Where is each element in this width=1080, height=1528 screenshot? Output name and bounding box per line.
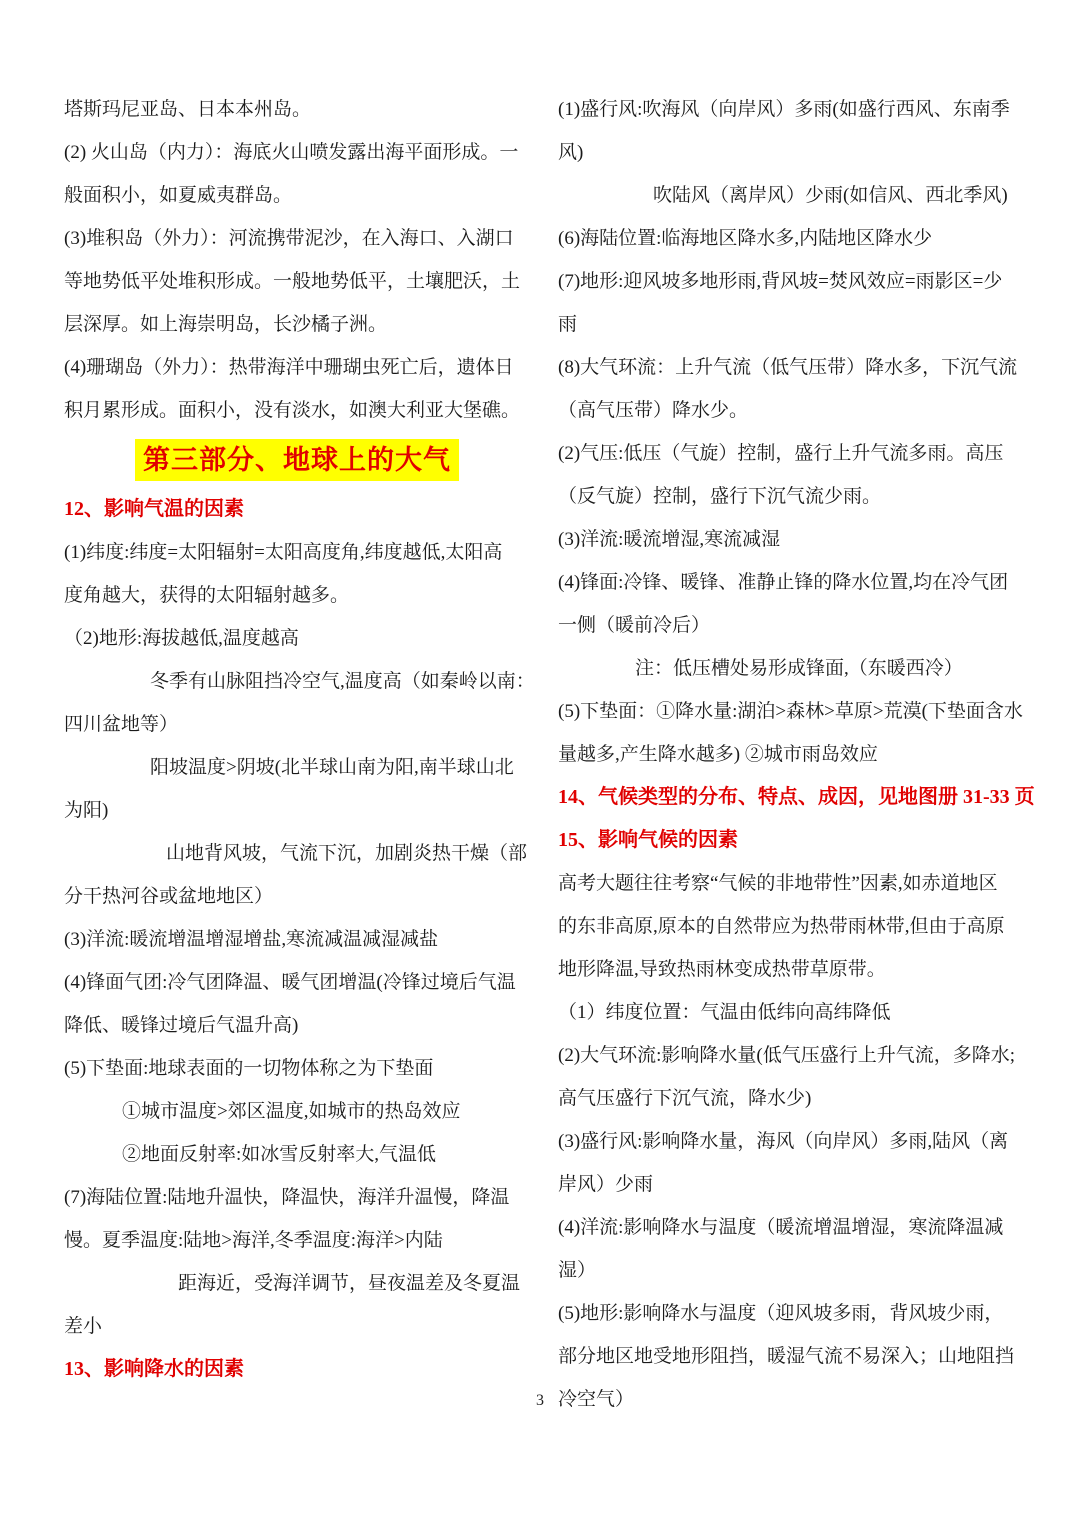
text-line: 般面积小，如夏威夷群岛。 (64, 174, 530, 217)
text-line: 的东非高原,原本的自然带应为热带雨林带,但由于高原 (558, 905, 1034, 948)
text-line: 度角越大，获得的太阳辐射越多。 (64, 574, 530, 617)
document-page: 塔斯玛尼亚岛、日本本州岛。(2) 火山岛（内力）：海底火山喷发露出海平面形成。一… (0, 0, 1080, 1528)
text-line: （1）纬度位置：气温由低纬向高纬降低 (558, 991, 1034, 1034)
text-line: 积月累形成。面积小，没有淡水，如澳大利亚大堡礁。 (64, 389, 530, 432)
text-line: 湿） (558, 1249, 1034, 1292)
text-line: 降低、暖锋过境后气温升高) (64, 1004, 530, 1047)
text-line: 风) (558, 131, 1034, 174)
text-line: (5)下垫面:地球表面的一切物体称之为下垫面 (64, 1047, 530, 1090)
section-title-highlight: 第三部分、地球上的大气 (135, 439, 459, 482)
text-line: (3)洋流:暖流增湿,寒流减湿 (558, 518, 1034, 561)
text-line: 山地背风坡，气流下沉，加剧炎热干燥（部 (64, 832, 530, 875)
heading-line: 12、影响气温的因素 (64, 488, 530, 531)
text-line: (2) 火山岛（内力）：海底火山喷发露出海平面形成。一 (64, 131, 530, 174)
text-line: (5)地形:影响降水与温度（迎风坡多雨，背风坡少雨， (558, 1292, 1034, 1335)
text-line: 距海近，受海洋调节，昼夜温差及冬夏温 (64, 1262, 530, 1305)
text-line: 部分地区地受地形阻挡，暖湿气流不易深入；山地阻挡 (558, 1335, 1034, 1378)
right-column: (1)盛行风:吹海风（向岸风）多雨(如盛行西风、东南季风)吹陆风（离岸风）少雨(… (558, 88, 1034, 1421)
text-line: (5)下垫面：①降水量:湖泊>森林>草原>荒漠(下垫面含水 (558, 690, 1034, 733)
text-line: 阳坡温度>阴坡(北半球山南为阳,南半球山北 (64, 746, 530, 789)
text-line: 一侧（暖前冷后） (558, 604, 1034, 647)
text-line: 注：低压槽处易形成锋面,（东暖西冷） (558, 647, 1034, 690)
text-line: 冬季有山脉阻挡冷空气,温度高（如秦岭以南： (64, 660, 530, 703)
section-title: 第三部分、地球上的大气 (64, 432, 530, 488)
text-line: 高考大题往往考察“气候的非地带性”因素,如赤道地区 (558, 862, 1034, 905)
text-line: (1)纬度:纬度=太阳辐射=太阳高度角,纬度越低,太阳高 (64, 531, 530, 574)
text-line: (2)大气环流:影响降水量(低气压盛行上升气流，多降水; (558, 1034, 1034, 1077)
text-line: 吹陆风（离岸风）少雨(如信风、西北季风) (558, 174, 1034, 217)
text-line: (3)盛行风:影响降水量，海风（向岸风）多雨,陆风（离 (558, 1120, 1034, 1163)
text-line: 层深厚。如上海崇明岛，长沙橘子洲。 (64, 303, 530, 346)
text-line: (7)海陆位置:陆地升温快，降温快，海洋升温慢，降温 (64, 1176, 530, 1219)
text-line: (4)珊瑚岛（外力）：热带海洋中珊瑚虫死亡后，遗体日 (64, 346, 530, 389)
text-line: 量越多,产生降水越多) ②城市雨岛效应 (558, 733, 1034, 776)
text-line: 雨 (558, 303, 1034, 346)
text-line: (3)堆积岛（外力）：河流携带泥沙，在入海口、入湖口 (64, 217, 530, 260)
text-line: (8)大气环流：上升气流（低气压带）降水多，下沉气流 (558, 346, 1034, 389)
text-line: (4)洋流:影响降水与温度（暖流增温增湿，寒流降温减 (558, 1206, 1034, 1249)
left-column: 塔斯玛尼亚岛、日本本州岛。(2) 火山岛（内力）：海底火山喷发露出海平面形成。一… (64, 88, 530, 1391)
text-line: 为阳) (64, 789, 530, 832)
text-line: ②地面反射率:如冰雪反射率大,气温低 (64, 1133, 530, 1176)
page-number: 3 (0, 1392, 1080, 1410)
text-line: 高气压盛行下沉气流，降水少) (558, 1077, 1034, 1120)
text-line: 等地势低平处堆积形成。一般地势低平，土壤肥沃，土 (64, 260, 530, 303)
text-line: (4)锋面气团:冷气团降温、暖气团增温(冷锋过境后气温 (64, 961, 530, 1004)
heading-line: 13、影响降水的因素 (64, 1348, 530, 1391)
text-line: (3)洋流:暖流增温增湿增盐,寒流减温减湿减盐 (64, 918, 530, 961)
text-line: 塔斯玛尼亚岛、日本本州岛。 (64, 88, 530, 131)
text-line: （高气压带）降水少。 (558, 389, 1034, 432)
text-line: 差小 (64, 1305, 530, 1348)
text-line: 四川盆地等） (64, 703, 530, 746)
text-line: （2)地形:海拔越低,温度越高 (64, 617, 530, 660)
text-line: 岸风）少雨 (558, 1163, 1034, 1206)
heading-line: 15、影响气候的因素 (558, 819, 1034, 862)
text-line: (7)地形:迎风坡多地形雨,背风坡=焚风效应=雨影区=少 (558, 260, 1034, 303)
text-line: (1)盛行风:吹海风（向岸风）多雨(如盛行西风、东南季 (558, 88, 1034, 131)
text-line: (6)海陆位置:临海地区降水多,内陆地区降水少 (558, 217, 1034, 260)
heading-line: 14、气候类型的分布、特点、成因，见地图册 31-33 页 (558, 776, 1034, 819)
text-line: 慢。夏季温度:陆地>海洋,冬季温度:海洋>内陆 (64, 1219, 530, 1262)
text-line: （反气旋）控制，盛行下沉气流少雨。 (558, 475, 1034, 518)
text-line: ①城市温度>郊区温度,如城市的热岛效应 (64, 1090, 530, 1133)
text-line: 分干热河谷或盆地地区） (64, 875, 530, 918)
text-line: (4)锋面:冷锋、暖锋、准静止锋的降水位置,均在冷气团 (558, 561, 1034, 604)
text-line: (2)气压:低压（气旋）控制，盛行上升气流多雨。高压 (558, 432, 1034, 475)
text-line: 地形降温,导致热雨林变成热带草原带。 (558, 948, 1034, 991)
